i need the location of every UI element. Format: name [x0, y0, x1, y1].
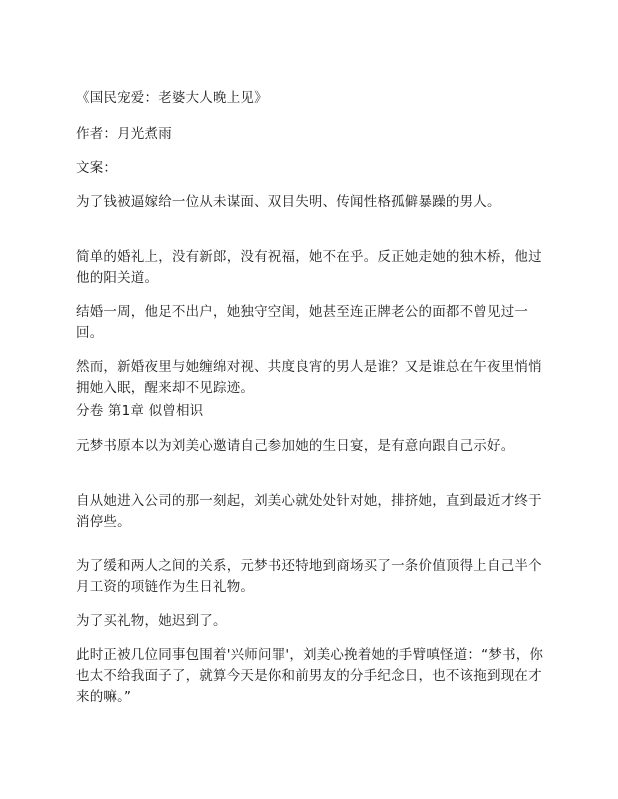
body-paragraph: 此时正被几位同事包围着'兴师问罪'，刘美心挽着她的手臂嗔怪道：“梦书，你也太不给…	[76, 645, 544, 708]
chapter-heading: 分卷 第1章 似曾相识	[76, 401, 544, 422]
author-line: 作者：月光煮雨	[76, 124, 544, 145]
body-paragraph: 为了缓和两人之间的关系，元梦书还特地到商场买了一条价值顶得上自己半个月工资的项链…	[76, 556, 544, 598]
body-paragraph: 为了买礼物，她迟到了。	[76, 611, 544, 632]
synopsis-paragraph: 结婚一周，他足不出户，她独守空闺，她甚至连正牌老公的面都不曾见过一回。	[76, 302, 544, 344]
synopsis-paragraph: 为了钱被逼嫁给一位从未谋面、双目失明、传闻性格孤僻暴躁的男人。	[76, 192, 544, 213]
synopsis-paragraph: 然而，新婚夜里与她缠绵对视、共度良宵的男人是谁？又是谁总在午夜里悄悄拥她入眠，醒…	[76, 357, 544, 399]
synopsis-label: 文案：	[76, 158, 544, 179]
book-title: 《国民宠爱：老婆大人晚上见》	[76, 88, 544, 109]
body-paragraph: 元梦书原本以为刘美心邀请自己参加她的生日宴，是有意向跟自己示好。	[76, 436, 544, 457]
body-paragraph: 自从她进入公司的那一刻起，刘美心就处处针对她，排挤她，直到最近才终于消停些。	[76, 491, 544, 533]
synopsis-paragraph: 简单的婚礼上，没有新郎，没有祝福，她不在乎。反正她走她的独木桥，他过他的阳关道。	[76, 247, 544, 289]
